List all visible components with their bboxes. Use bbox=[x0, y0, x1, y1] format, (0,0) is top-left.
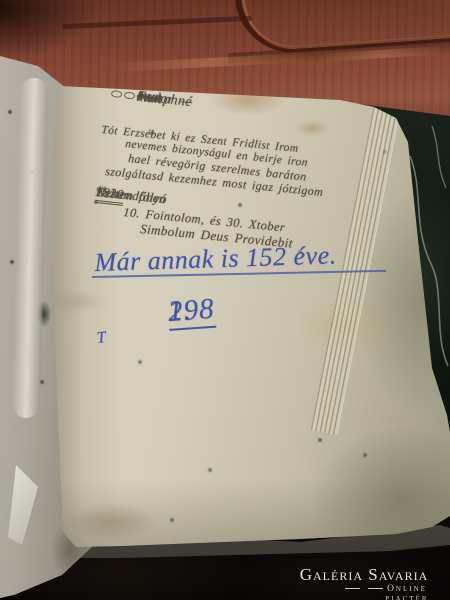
watermark-title: Galéria Savaria bbox=[278, 565, 450, 585]
left-page-fold bbox=[12, 78, 49, 419]
wood-sheen bbox=[105, 53, 315, 73]
ink-line1-suffix: Josephné bbox=[136, 89, 193, 111]
ink-flourish bbox=[111, 90, 123, 98]
left-page-corner-highlight bbox=[8, 465, 42, 550]
watermark-dash-left bbox=[345, 588, 360, 589]
blue-pen-mark: T bbox=[96, 329, 107, 348]
ink-flourish bbox=[124, 91, 136, 99]
photo-antique-manuscript-book: Fodor — mun Josephné Tót Erzsébet ki ez … bbox=[0, 0, 450, 600]
blue-year-rest: 2. bbox=[167, 294, 193, 329]
watermark-subtitle: Online piactér bbox=[278, 584, 450, 594]
wood-groove-left bbox=[62, 16, 252, 29]
watermark-subtitle-text: Online piactér bbox=[364, 584, 450, 600]
watermark: Galéria Savaria Online piactér bbox=[278, 565, 450, 594]
